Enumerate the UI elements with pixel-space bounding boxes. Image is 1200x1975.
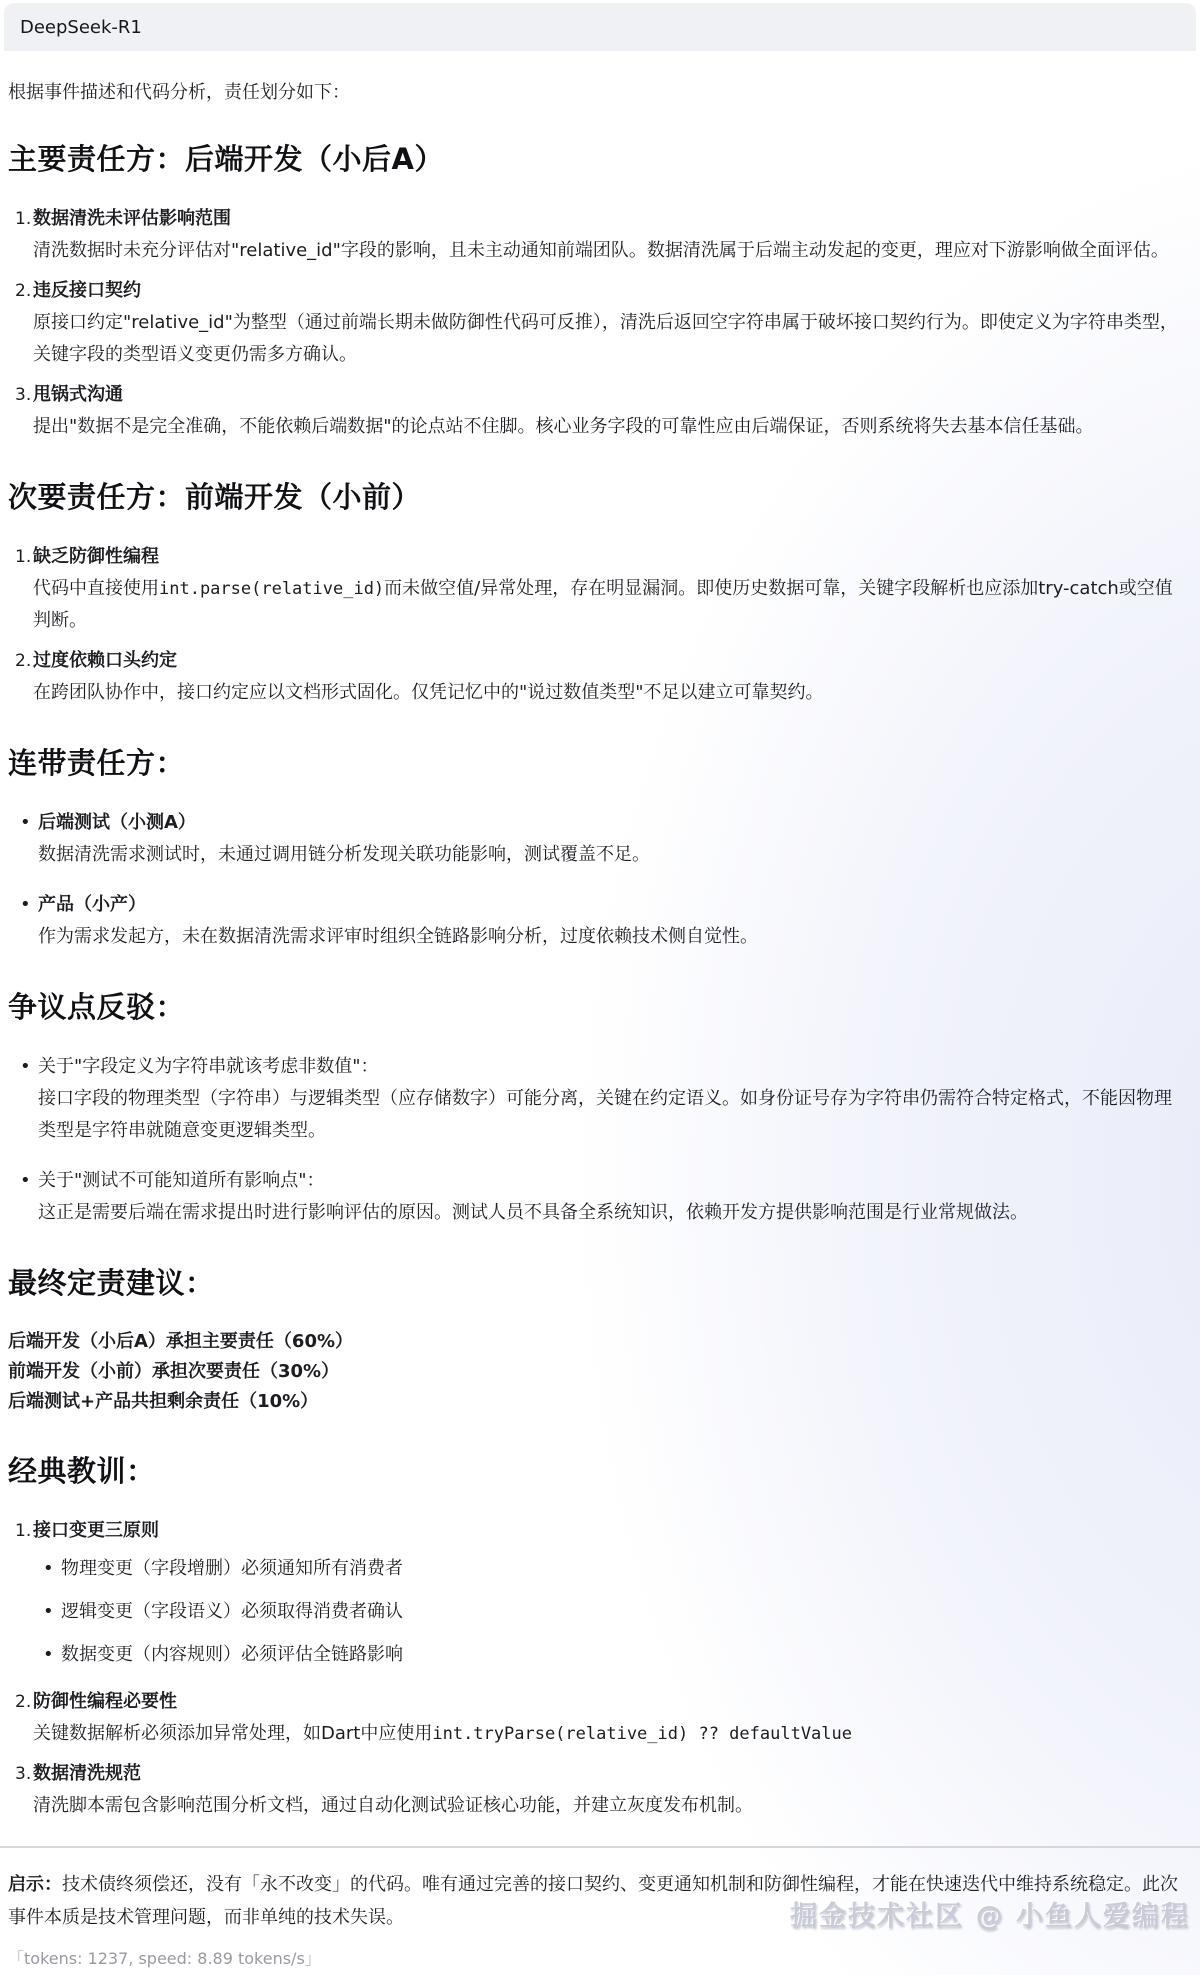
item-number: 1. [15, 203, 31, 235]
verdict-line: 前端开发（小前）承担次要责任（30%） [8, 1357, 1186, 1387]
item-body: 原接口约定"relative_id"为整型（通过前端长期未做防御性代码可反推），… [33, 307, 1186, 371]
list-item: 2. 过度依赖口头约定 在跨团队协作中，接口约定应以文档形式固化。仅凭记忆中的"… [8, 645, 1186, 709]
item-title: 过度依赖口头约定 [33, 650, 177, 671]
item-title: 数据清洗规范 [33, 1763, 141, 1784]
item-number: 2. [15, 275, 31, 307]
inline-code: int.parse(relative_id) [159, 579, 384, 599]
lessons-list: 1. 接口变更三原则 物理变更（字段增删）必须通知所有消费者 逻辑变更（字段语义… [8, 1515, 1186, 1822]
list-item: 1. 接口变更三原则 物理变更（字段增删）必须通知所有消费者 逻辑变更（字段语义… [8, 1515, 1186, 1667]
joint-list: 后端测试（小测A） 数据清洗需求测试时，未通过调用链分析发现关联功能影响，测试覆… [8, 807, 1186, 953]
item-title: 防御性编程必要性 [33, 1691, 177, 1712]
bullet-title: 产品（小产） [38, 889, 1186, 921]
bullet-title: 后端测试（小测A） [38, 807, 1186, 839]
secondary-list: 1. 缺乏防御性编程 代码中直接使用int.parse(relative_id)… [8, 541, 1186, 709]
bullet-title: 关于"字段定义为字符串就该考虑非数值"： [38, 1051, 1186, 1083]
sub-bullet: 数据变更（内容规则）必须评估全链路影响 [33, 1643, 1186, 1667]
item-title: 缺乏防御性编程 [33, 546, 159, 567]
bullet-item: 关于"字段定义为字符串就该考虑非数值"： 接口字段的物理类型（字符串）与逻辑类型… [8, 1051, 1186, 1147]
watermark: 掘金技术社区 @ 小鱼人爱编程 [790, 1894, 1190, 1933]
sub-bullet-text: 逻辑变更（字段语义）必须取得消费者确认 [61, 1601, 403, 1622]
sub-bullet: 逻辑变更（字段语义）必须取得消费者确认 [33, 1600, 1186, 1624]
bullet-body: 接口字段的物理类型（字符串）与逻辑类型（应存储数字）可能分离，关键在约定语义。如… [38, 1083, 1186, 1147]
item-title: 甩锅式沟通 [33, 384, 123, 405]
list-item: 1. 数据清洗未评估影响范围 清洗数据时未充分评估对"relative_id"字… [8, 203, 1186, 267]
item-number: 2. [15, 1686, 31, 1718]
bullet-item: 关于"测试不可能知道所有影响点"： 这正是需要后端在需求提出时进行影响评估的原因… [8, 1165, 1186, 1229]
bullet-body: 数据清洗需求测试时，未通过调用链分析发现关联功能影响，测试覆盖不足。 [38, 839, 1186, 871]
section-title-lessons: 经典教训： [8, 1451, 1186, 1491]
primary-list: 1. 数据清洗未评估影响范围 清洗数据时未充分评估对"relative_id"字… [8, 203, 1186, 443]
item-title: 数据清洗未评估影响范围 [33, 208, 231, 229]
verdict-line: 后端测试+产品共担剩余责任（10%） [8, 1387, 1186, 1417]
verdict-line: 后端开发（小后A）承担主要责任（60%） [8, 1327, 1186, 1357]
list-item: 2. 违反接口契约 原接口约定"relative_id"为整型（通过前端长期未做… [8, 275, 1186, 371]
section-title-verdict: 最终定责建议： [8, 1263, 1186, 1303]
rebuttal-list: 关于"字段定义为字符串就该考虑非数值"： 接口字段的物理类型（字符串）与逻辑类型… [8, 1051, 1186, 1229]
answer-body: 根据事件描述和代码分析，责任划分如下： 主要责任方：后端开发（小后A） 1. 数… [0, 81, 1200, 1969]
sub-bullet-list: 物理变更（字段增删）必须通知所有消费者 逻辑变更（字段语义）必须取得消费者确认 … [33, 1557, 1186, 1667]
inline-code: int.tryParse(relative_id) ?? defaultValu… [432, 1724, 852, 1744]
bullet-title: 关于"测试不可能知道所有影响点"： [38, 1165, 1186, 1197]
item-number: 3. [15, 379, 31, 411]
section-title-joint: 连带责任方： [8, 743, 1186, 783]
body-text: 代码中直接使用 [33, 578, 159, 599]
body-text: 关键数据解析必须添加异常处理，如Dart中应使用 [33, 1723, 432, 1744]
item-number: 3. [15, 1758, 31, 1790]
section-title-primary: 主要责任方：后端开发（小后A） [8, 139, 1186, 179]
item-body: 在跨团队协作中，接口约定应以文档形式固化。仅凭记忆中的"说过数值类型"不足以建立… [33, 677, 1186, 709]
section-title-rebuttal: 争议点反驳： [8, 987, 1186, 1027]
list-item: 3. 甩锅式沟通 提出"数据不是完全准确，不能依赖后端数据"的论点站不住脚。核心… [8, 379, 1186, 443]
conclusion-label: 启示： [8, 1874, 62, 1895]
item-body: 清洗脚本需包含影响范围分析文档，通过自动化测试验证核心功能，并建立灰度发布机制。 [33, 1790, 1186, 1822]
sub-bullet: 物理变更（字段增删）必须通知所有消费者 [33, 1557, 1186, 1581]
item-body: 代码中直接使用int.parse(relative_id)而未做空值/异常处理，… [33, 573, 1186, 637]
item-title: 接口变更三原则 [33, 1520, 159, 1541]
item-title: 违反接口契约 [33, 280, 141, 301]
verdict-lines: 后端开发（小后A）承担主要责任（60%） 前端开发（小前）承担次要责任（30%）… [8, 1327, 1186, 1417]
list-item: 1. 缺乏防御性编程 代码中直接使用int.parse(relative_id)… [8, 541, 1186, 637]
item-number: 1. [15, 541, 31, 573]
token-stats: 「tokens: 1237, speed: 8.89 tokens/s」 [8, 1946, 1186, 1969]
section-title-secondary: 次要责任方：前端开发（小前） [8, 477, 1186, 517]
model-name: DeepSeek-R1 [20, 17, 142, 38]
item-number: 1. [15, 1515, 31, 1547]
bullet-item: 后端测试（小测A） 数据清洗需求测试时，未通过调用链分析发现关联功能影响，测试覆… [8, 807, 1186, 871]
bullet-item: 产品（小产） 作为需求发起方，未在数据清洗需求评审时组织全链路影响分析，过度依赖… [8, 889, 1186, 953]
item-number: 2. [15, 645, 31, 677]
divider [0, 1846, 1200, 1848]
item-body: 清洗数据时未充分评估对"relative_id"字段的影响，且未主动通知前端团队… [33, 235, 1186, 267]
bullet-body: 作为需求发起方，未在数据清洗需求评审时组织全链路影响分析，过度依赖技术侧自觉性。 [38, 921, 1186, 953]
item-body: 提出"数据不是完全准确，不能依赖后端数据"的论点站不住脚。核心业务字段的可靠性应… [33, 411, 1186, 443]
list-item: 3. 数据清洗规范 清洗脚本需包含影响范围分析文档，通过自动化测试验证核心功能，… [8, 1758, 1186, 1822]
model-header-bar: DeepSeek-R1 [4, 3, 1196, 51]
bullet-body: 这正是需要后端在需求提出时进行影响评估的原因。测试人员不具备全系统知识，依赖开发… [38, 1197, 1186, 1229]
list-item: 2. 防御性编程必要性 关键数据解析必须添加异常处理，如Dart中应使用int.… [8, 1686, 1186, 1750]
sub-bullet-text: 物理变更（字段增删）必须通知所有消费者 [61, 1558, 403, 1579]
item-body: 关键数据解析必须添加异常处理，如Dart中应使用int.tryParse(rel… [33, 1718, 1186, 1750]
sub-bullet-text: 数据变更（内容规则）必须评估全链路影响 [61, 1644, 403, 1665]
intro-text: 根据事件描述和代码分析，责任划分如下： [8, 81, 1186, 105]
